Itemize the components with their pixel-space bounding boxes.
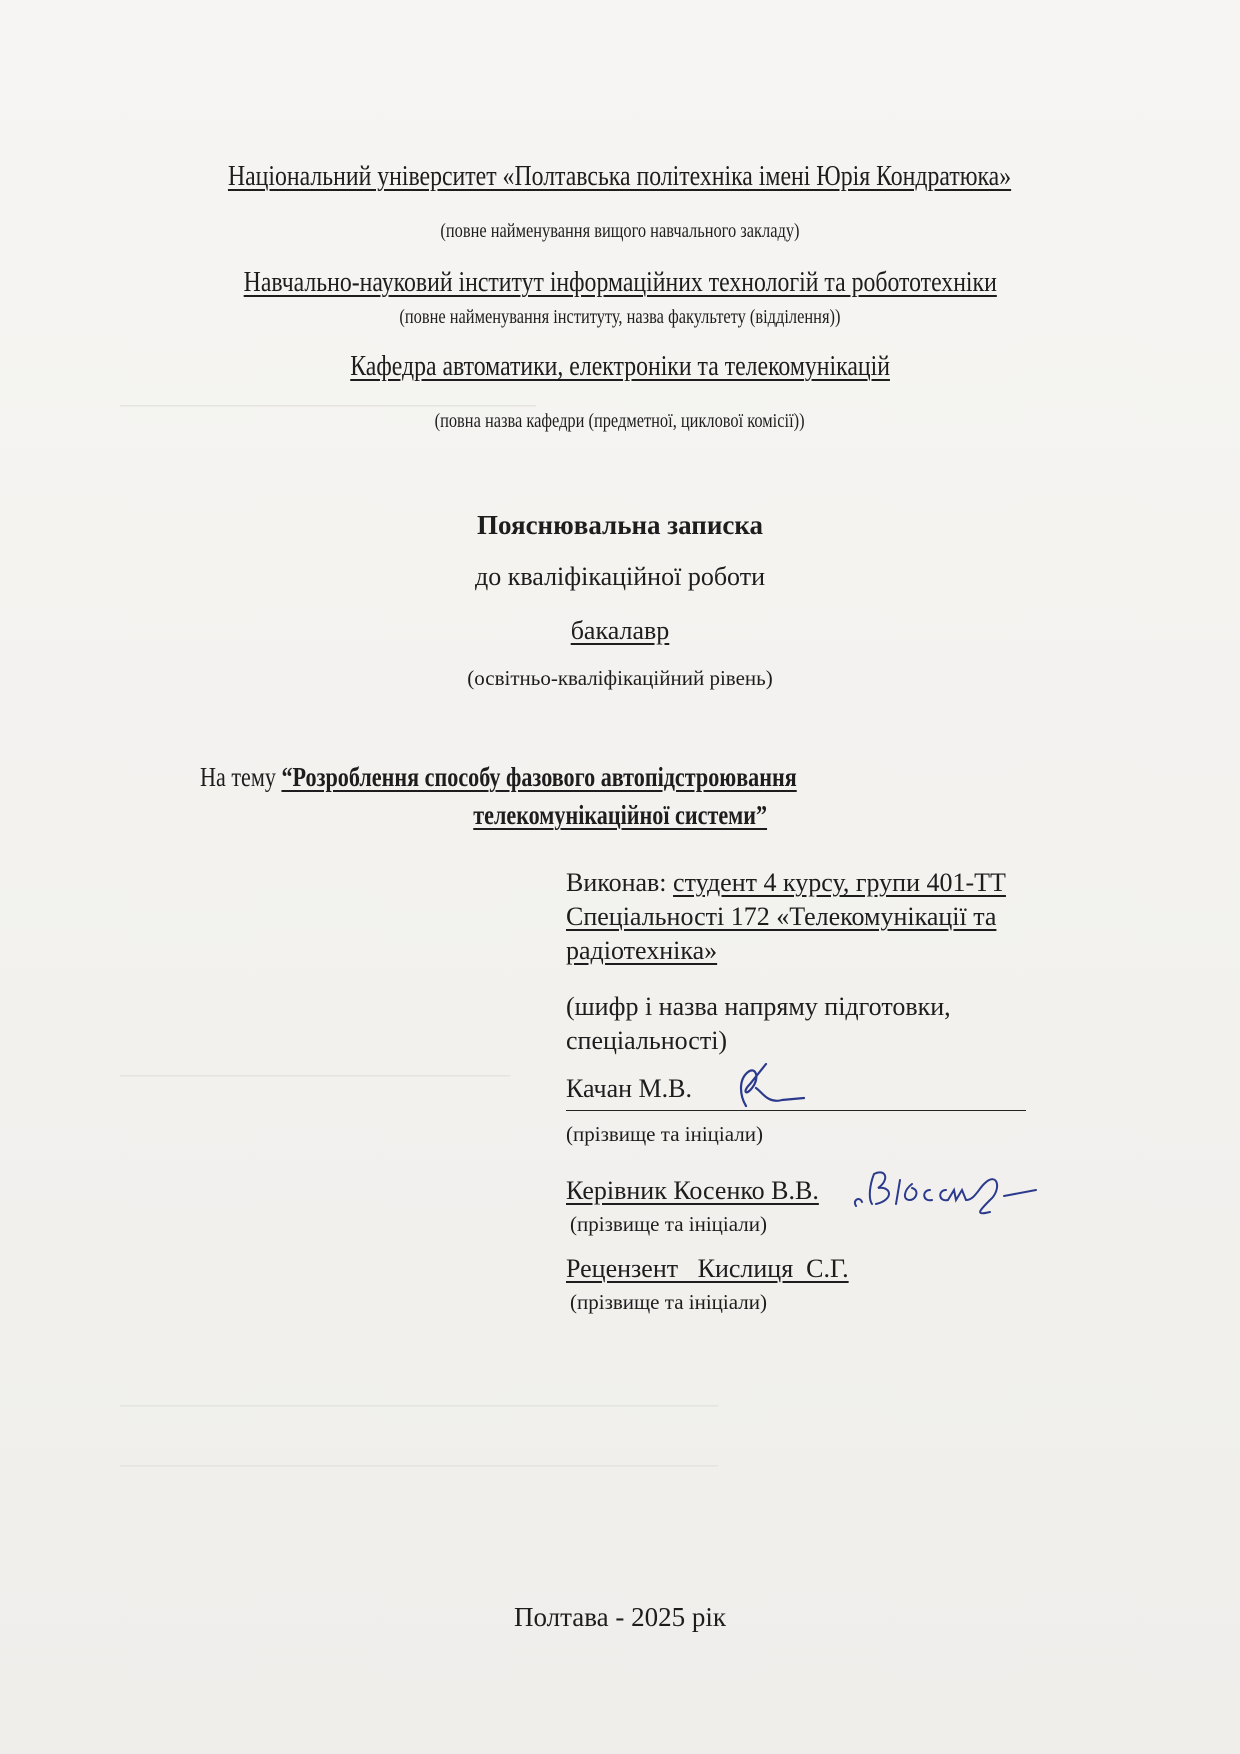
student-signature-line: Качан М.В. [566,1074,1026,1111]
university-caption: (повне найменування вищого навчального з… [0,220,1240,243]
topic-line-2: телекомунікаційної системи” [0,800,1240,831]
bleed-through-text: ________________________________________… [120,1440,718,1470]
specialty-caption-1: (шифр і назва напряму підготовки, [566,990,951,1024]
institute-name: Навчально-науковий інститут інформаційни… [0,266,1240,299]
bleed-through-text: ______________________________ [120,1050,510,1080]
document-subtitle: до кваліфікаційної роботи [0,562,1240,592]
degree-caption: (освітньо-кваліфікаційний рівень) [0,666,1240,691]
department-caption: (повна назва кафедри (предметної, циклов… [0,410,1240,433]
supervisor-caption: (прізвище та ініціали) [570,1212,767,1237]
reviewer-caption: (прізвище та ініціали) [570,1290,767,1315]
topic-line-1: На тему “Розроблення способу фазового ав… [200,762,928,793]
degree-level: бакалавр [0,616,1240,646]
student-name: Качан М.В. [566,1074,692,1103]
reviewer-name: Рецензент Кислиця С.Г. [566,1254,849,1284]
bleed-through-text: ________________________________ [120,380,536,410]
institute-caption: (повне найменування інституту, назва фак… [0,306,1240,329]
document-page: ________________________________ _______… [0,0,1240,1754]
supervisor-signature-icon [850,1160,1040,1220]
student-caption: (прізвище та ініціали) [566,1122,763,1147]
bleed-through-text: ________________________________________… [120,1380,718,1410]
student-signature-icon [726,1058,806,1112]
performed-by: Виконав: студент 4 курсу, групи 401-ТТ [566,866,1006,900]
department-name: Кафедра автоматики, електроніки та телек… [0,350,1240,383]
specialty-line-2: радіотехніка» [566,934,717,968]
supervisor-name: Керівник Косенко В.В. [566,1176,819,1206]
specialty-caption-2: спеціальності) [566,1024,727,1058]
city-year: Полтава - 2025 рік [0,1602,1240,1633]
university-name: Національний університет «Полтавська пол… [0,160,1240,193]
specialty-line-1: Спеціальності 172 «Телекомунікації та [566,900,996,934]
document-title: Пояснювальна записка [0,510,1240,541]
